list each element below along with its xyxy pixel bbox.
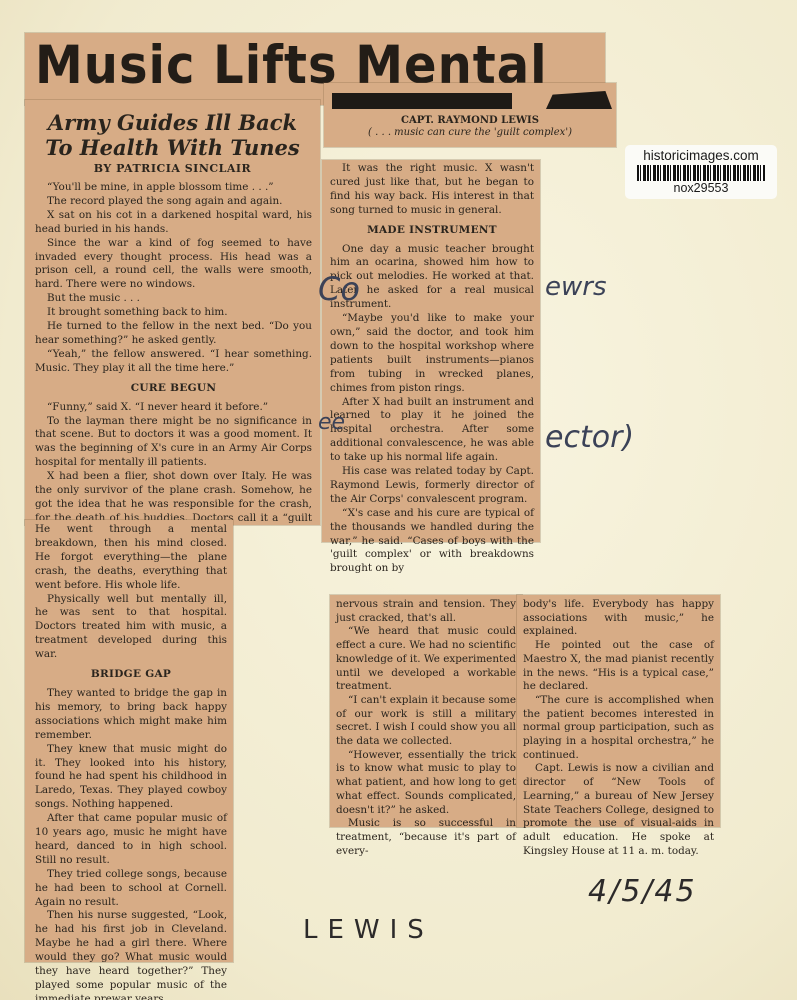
paragraph: Music is so successful in treatment, “be… — [336, 817, 516, 858]
paragraph: They wanted to bridge the gap in his mem… — [35, 687, 227, 743]
article-column-3a: nervous strain and tension. They just cr… — [330, 595, 522, 827]
column2-text: It was the right music. X wasn't cured j… — [322, 162, 540, 576]
paragraph: He went through a mental breakdown, then… — [35, 523, 227, 593]
subheadline-line-2: To Health With Tunes — [25, 135, 320, 160]
article-column-1-lower: He went through a mental breakdown, then… — [25, 520, 233, 962]
barcode-icon — [637, 165, 765, 181]
article-column-1: Army Guides Ill Back To Health With Tune… — [25, 100, 320, 525]
paragraph: “The cure is accomplished when the patie… — [523, 694, 714, 763]
archive-board: Music Lifts Mental Fogs Army Guides Ill … — [0, 0, 797, 1000]
column3b-text: body's life. Everybody has happy associa… — [517, 598, 720, 858]
photo-caption-clipping: CAPT. RAYMOND LEWIS ( . . . music can cu… — [324, 83, 616, 147]
subheadline: Army Guides Ill Back To Health With Tune… — [25, 110, 320, 160]
caption-name: CAPT. RAYMOND LEWIS — [324, 115, 616, 126]
paragraph: But the music . . . — [35, 292, 312, 306]
handwritten-note: ector) — [545, 420, 634, 455]
paragraph: “However, essentially the trick is to kn… — [336, 749, 516, 818]
paragraph: “We heard that music could effect a cure… — [336, 625, 516, 694]
paragraph: It brought something back to him. — [35, 306, 312, 320]
paragraph: “Yeah,” the fellow answered. “I hear som… — [35, 348, 312, 376]
section-heading-made-instrument: MADE INSTRUMENT — [330, 224, 534, 238]
paragraph: After X had built an instrument and lear… — [330, 396, 534, 466]
paragraph: One day a music teacher brought him an o… — [330, 243, 534, 313]
handwritten-margin-mark: Co — [318, 270, 360, 308]
paragraph: To the layman there might be no signific… — [35, 415, 312, 471]
handwritten-note: ewrs — [545, 272, 607, 302]
column1-text: “You'll be mine, in apple blossom time .… — [25, 181, 320, 540]
section-heading-cure-begun: CURE BEGUN — [35, 382, 312, 396]
column1-lower-text: He went through a mental breakdown, then… — [25, 523, 233, 1000]
paragraph: X sat on his cot in a darkened hospital … — [35, 209, 312, 237]
paragraph: They knew that music might do it. They l… — [35, 743, 227, 813]
paragraph: nervous strain and tension. They just cr… — [336, 598, 516, 625]
paragraph: The record played the song again and aga… — [35, 195, 312, 209]
paragraph: “Maybe you'd like to make your own,” sai… — [330, 312, 534, 395]
archive-code: nox29553 — [625, 181, 777, 195]
archive-site: historicimages.com — [625, 148, 777, 163]
section-heading-bridge-gap: BRIDGE GAP — [35, 668, 227, 682]
paragraph: His case was related today by Capt. Raym… — [330, 465, 534, 507]
byline: BY PATRICIA SINCLAIR — [25, 162, 320, 175]
subheadline-line-1: Army Guides Ill Back — [25, 110, 320, 135]
paragraph: Physically well but mentally ill, he was… — [35, 593, 227, 663]
photo-fragment — [332, 93, 512, 109]
paragraph: body's life. Everybody has happy associa… — [523, 598, 714, 639]
photo-fragment — [546, 91, 612, 109]
paragraph: “X's case and his cure are typical of th… — [330, 507, 534, 577]
paragraph: Since the war a kind of fog seemed to ha… — [35, 237, 312, 293]
paragraph: “You'll be mine, in apple blossom time .… — [35, 181, 312, 195]
paragraph: He pointed out the case of Maestro X, th… — [523, 639, 714, 694]
paragraph: Capt. Lewis is now a civilian and direct… — [523, 762, 714, 858]
paragraph: He turned to the fellow in the next bed.… — [35, 320, 312, 348]
paragraph: They tried college songs, because he had… — [35, 868, 227, 910]
article-column-2: It was the right music. X wasn't cured j… — [322, 160, 540, 542]
handwritten-name: LEWIS — [303, 915, 434, 945]
paragraph: After that came popular music of 10 year… — [35, 812, 227, 868]
article-column-3b: body's life. Everybody has happy associa… — [517, 595, 720, 827]
paragraph: It was the right music. X wasn't cured j… — [330, 162, 534, 218]
paragraph: Then his nurse suggested, “Look, he had … — [35, 909, 227, 1000]
handwritten-margin-mark: ee — [318, 410, 345, 435]
caption-subtitle: ( . . . music can cure the 'guilt comple… — [324, 127, 616, 138]
paragraph: “Funny,” said X. “I never heard it befor… — [35, 401, 312, 415]
handwritten-date: 4/5/45 — [588, 874, 697, 909]
archive-label: historicimages.com nox29553 — [625, 145, 777, 199]
paragraph: “I can't explain it because some of our … — [336, 694, 516, 749]
column3a-text: nervous strain and tension. They just cr… — [330, 598, 522, 858]
